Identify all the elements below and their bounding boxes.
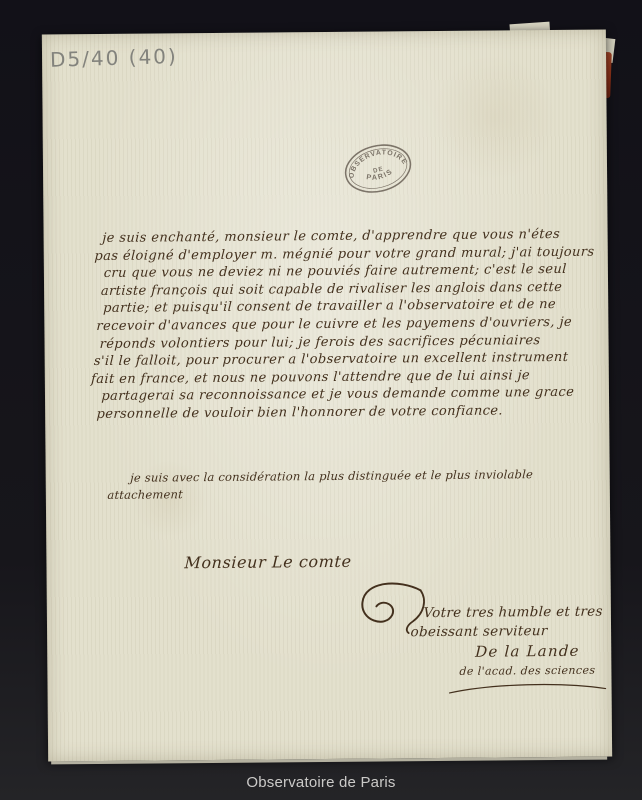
handwritten-line: attachement [107,483,580,504]
archival-reference: D5/40 (40) [50,44,178,72]
photo-of-letter: D5/40 (40) OBSERVATOIRE DE PARIS je suis… [0,0,642,800]
handwritten-line: personnelle de vouloir bien l'honnorer d… [96,402,560,424]
stamp-oval-icon: OBSERVATOIRE DE PARIS [336,133,419,203]
signature-underline-icon [445,680,611,697]
signature-name: De la Lande [475,642,580,661]
photo-caption: Observatoire de Paris [0,774,642,791]
letter-body: je suis enchanté, monsieur le comte, d'a… [87,226,567,424]
handwritten-line: obeissant serviteur [410,622,602,643]
letter-paper: D5/40 (40) OBSERVATOIRE DE PARIS je suis… [42,30,612,762]
handwritten-line: Votre tres humble et tres [423,603,603,624]
signature-title: de l'acad. des sciences [459,664,596,678]
letter-closing: je suis avec la considération la plus di… [129,466,580,504]
letter-salutation: Monsieur Le comte [184,552,352,572]
observatoire-stamp: OBSERVATOIRE DE PARIS [336,133,419,203]
letter-valediction: Votre tres humble et tres obeissant serv… [422,603,603,643]
